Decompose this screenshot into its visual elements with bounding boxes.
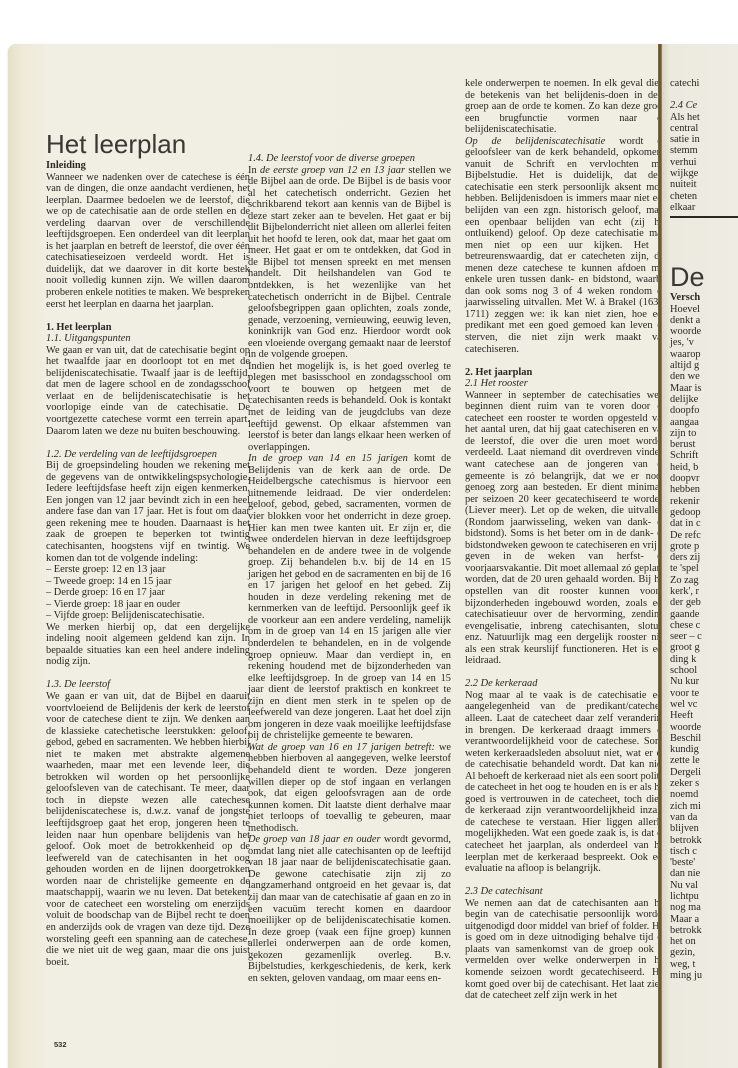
section-2-2-text: Nog maar al te vaak is de catechisatie e… bbox=[465, 690, 667, 875]
group-2-paragraph: In de groep van 14 en 15 jarigen komt de… bbox=[248, 453, 451, 742]
paragraph-lead: In bbox=[248, 165, 260, 176]
right-line: catechi bbox=[670, 78, 738, 89]
right-page-title: De bbox=[670, 262, 738, 292]
right-line: zijn to bbox=[670, 428, 738, 439]
right-line: der geb bbox=[670, 597, 738, 608]
group-4-paragraph: De groep van 18 jaar en ouder wordt gevo… bbox=[248, 834, 451, 984]
right-line: doopfo bbox=[670, 405, 738, 416]
right-line: kundig bbox=[670, 744, 738, 755]
right-line: kerk', r bbox=[670, 586, 738, 597]
right-line: betrokk bbox=[670, 925, 738, 936]
right-line: rekenir bbox=[670, 496, 738, 507]
right-line: blijven bbox=[670, 823, 738, 834]
right-line: gaande bbox=[670, 609, 738, 620]
overleg-paragraph: Indien het mogelijk is, is het goed over… bbox=[248, 361, 451, 453]
column-1: Het leerplan Inleiding Wanneer we nadenk… bbox=[46, 130, 250, 968]
right-line: verhui bbox=[670, 157, 738, 168]
right-line: Zo zag bbox=[670, 575, 738, 586]
right-line: central bbox=[670, 123, 738, 134]
right-column: catechi 2.4 Ce Als het central satie in … bbox=[670, 78, 738, 981]
right-line: woorde bbox=[670, 722, 738, 733]
section-2-4-heading: 2.4 Ce bbox=[670, 100, 738, 111]
right-line: Beschil bbox=[670, 733, 738, 744]
right-line: ming ju bbox=[670, 970, 738, 981]
right-line: De refc bbox=[670, 530, 738, 541]
right-line: weg, t bbox=[670, 959, 738, 970]
intro-heading: Inleiding bbox=[46, 160, 250, 172]
right-line: nog ma bbox=[670, 902, 738, 913]
paragraph-body: komt de Belijdenis van de kerk aan de or… bbox=[248, 453, 451, 741]
right-line: dan nie bbox=[670, 868, 738, 879]
section-1-3-text: We gaan er van uit, dat de Bijbel en daa… bbox=[46, 691, 250, 968]
left-page: Het leerplan Inleiding Wanneer we nadenk… bbox=[8, 44, 658, 1068]
right-line: zette le bbox=[670, 755, 738, 766]
right-body-text: Hoeveldenkt awoordejes, 'vwaaropaltijd g… bbox=[670, 304, 738, 982]
right-line: Hoevel bbox=[670, 304, 738, 315]
right-line: zich mi bbox=[670, 801, 738, 812]
right-line: satie in bbox=[670, 134, 738, 145]
right-line: wel vc bbox=[670, 699, 738, 710]
group-list-item: – Tweede groep: 14 en 15 jaar bbox=[46, 576, 250, 588]
group-list-item: – Eerste groep: 12 en 13 jaar bbox=[46, 564, 250, 576]
right-line: elkaar bbox=[670, 202, 738, 213]
right-line: wijkge bbox=[670, 168, 738, 179]
column-2: 1.4. De leerstof voor de diverse groepen… bbox=[248, 153, 451, 984]
section-2-heading: 2. Het jaarplan bbox=[465, 367, 667, 379]
section-2-1-text: Wanneer in september de catechisaties we… bbox=[465, 390, 667, 667]
right-line: Dergeli bbox=[670, 767, 738, 778]
right-line: den we bbox=[670, 371, 738, 382]
group-list-item: – Derde groep: 16 en 17 jaar bbox=[46, 587, 250, 599]
right-line: gezin, bbox=[670, 947, 738, 958]
right-line: nuiteit bbox=[670, 179, 738, 190]
right-line: lichtpu bbox=[670, 891, 738, 902]
right-line: waarop bbox=[670, 349, 738, 360]
section-1-2-text: Bij de groepsindeling houden we rekening… bbox=[46, 460, 250, 564]
right-line: te 'spel bbox=[670, 563, 738, 574]
right-line: het on bbox=[670, 936, 738, 947]
page-number: 532 bbox=[54, 1040, 67, 1049]
right-line: zeker s bbox=[670, 778, 738, 789]
emphasis-text: Wat de groep van 16 en 17 jarigen betref… bbox=[248, 742, 435, 753]
right-line: seer – c bbox=[670, 631, 738, 642]
right-line: jes, 'v bbox=[670, 337, 738, 348]
column-3: kele onderwerpen te noemen. In elk geval… bbox=[465, 78, 667, 1002]
section-1-1-heading: 1.1. Uitgangspunten bbox=[46, 333, 250, 345]
emphasis-text: de eerste groep van 12 en 13 jaar bbox=[260, 165, 405, 176]
section-1-heading: 1. Het leerplan bbox=[46, 322, 250, 334]
right-line: woorde bbox=[670, 326, 738, 337]
section-1-3-heading: 1.3. De leerstof bbox=[46, 679, 250, 691]
right-line: gedoop bbox=[670, 507, 738, 518]
right-line: stemm bbox=[670, 145, 738, 156]
right-line: Maar a bbox=[670, 914, 738, 925]
right-line: denkt a bbox=[670, 315, 738, 326]
right-line: van da bbox=[670, 812, 738, 823]
emphasis-text: De groep van 18 jaar en ouder bbox=[248, 834, 381, 845]
group-3-paragraph: Wat de groep van 16 en 17 jarigen betref… bbox=[248, 742, 451, 834]
right-line: berust bbox=[670, 439, 738, 450]
right-line: Maar is bbox=[670, 383, 738, 394]
group-list-item: – Vierde groep: 18 jaar en ouder bbox=[46, 599, 250, 611]
right-line: ders zij bbox=[670, 552, 738, 563]
right-line: voor te bbox=[670, 688, 738, 699]
paragraph-body: wordt de geloofsleer van de kerk behande… bbox=[465, 136, 667, 355]
section-2-2-heading: 2.2 De kerkeraad bbox=[465, 678, 667, 690]
paragraph-body: we hebben hierboven al aangegeven, welke… bbox=[248, 742, 451, 834]
right-line: groot g bbox=[670, 642, 738, 653]
group-list-item: – Vijfde groep: Belijdeniscatechisatie. bbox=[46, 610, 250, 622]
right-line: Nu val bbox=[670, 880, 738, 891]
right-page: catechi 2.4 Ce Als het central satie in … bbox=[662, 44, 738, 1068]
right-line: betrokk bbox=[670, 835, 738, 846]
right-line: cheten bbox=[670, 191, 738, 202]
section-1-1-text: We gaan er van uit, dat de catechisatie … bbox=[46, 345, 250, 437]
section-2-3-text: We nemen aan dat de catechisanten aan he… bbox=[465, 898, 667, 1002]
paragraph-body: wordt gevormd, omdat lang niet alle cate… bbox=[248, 834, 451, 984]
group-1-paragraph: In de eerste groep van 12 en 13 jaar ste… bbox=[248, 165, 451, 361]
right-line: noemd bbox=[670, 789, 738, 800]
right-line: altijd g bbox=[670, 360, 738, 371]
section-2-1-heading: 2.1 Het rooster bbox=[465, 378, 667, 390]
right-line: doopvr bbox=[670, 473, 738, 484]
right-line: Nu kur bbox=[670, 676, 738, 687]
continuation-paragraph: kele onderwerpen te noemen. In elk geval… bbox=[465, 78, 667, 136]
right-line: Heeft bbox=[670, 710, 738, 721]
right-line: tisch c bbox=[670, 846, 738, 857]
right-line: Schrift bbox=[670, 450, 738, 461]
right-line: heid, b bbox=[670, 462, 738, 473]
right-line: hebben bbox=[670, 484, 738, 495]
belijdenis-paragraph: Op de belijdeniscatechisatie wordt de ge… bbox=[465, 136, 667, 355]
right-sub-heading: Versch bbox=[670, 292, 738, 303]
right-line: dat in c bbox=[670, 518, 738, 529]
paragraph-body: stellen we de Bijbel aan de orde. De Bij… bbox=[248, 165, 451, 361]
intro-text: Wanneer we nadenken over de catechese is… bbox=[46, 172, 250, 311]
right-line: school bbox=[670, 665, 738, 676]
section-1-4-heading: 1.4. De leerstof voor de diverse groepen bbox=[248, 153, 451, 165]
right-line: delijke bbox=[670, 394, 738, 405]
section-1-2-text-2: We merken hierbij op, dat een dergelijke… bbox=[46, 622, 250, 668]
emphasis-text: Op de belijdeniscatechisatie bbox=[465, 136, 605, 147]
page-title: Het leerplan bbox=[46, 130, 250, 158]
right-line: grote p bbox=[670, 541, 738, 552]
right-line: chese c bbox=[670, 620, 738, 631]
section-2-3-heading: 2.3 De catechisant bbox=[465, 886, 667, 898]
right-line: 'beste' bbox=[670, 857, 738, 868]
emphasis-text: In de groep van 14 en 15 jarigen bbox=[248, 453, 408, 464]
right-line: ding k bbox=[670, 654, 738, 665]
section-1-2-heading: 1.2. De verdeling van de leeftijdsgroepe… bbox=[46, 449, 250, 461]
section-2-4-text: Als het central satie in stemm verhui wi… bbox=[670, 112, 738, 214]
right-line: Als het bbox=[670, 112, 738, 123]
right-line: aangaa bbox=[670, 417, 738, 428]
